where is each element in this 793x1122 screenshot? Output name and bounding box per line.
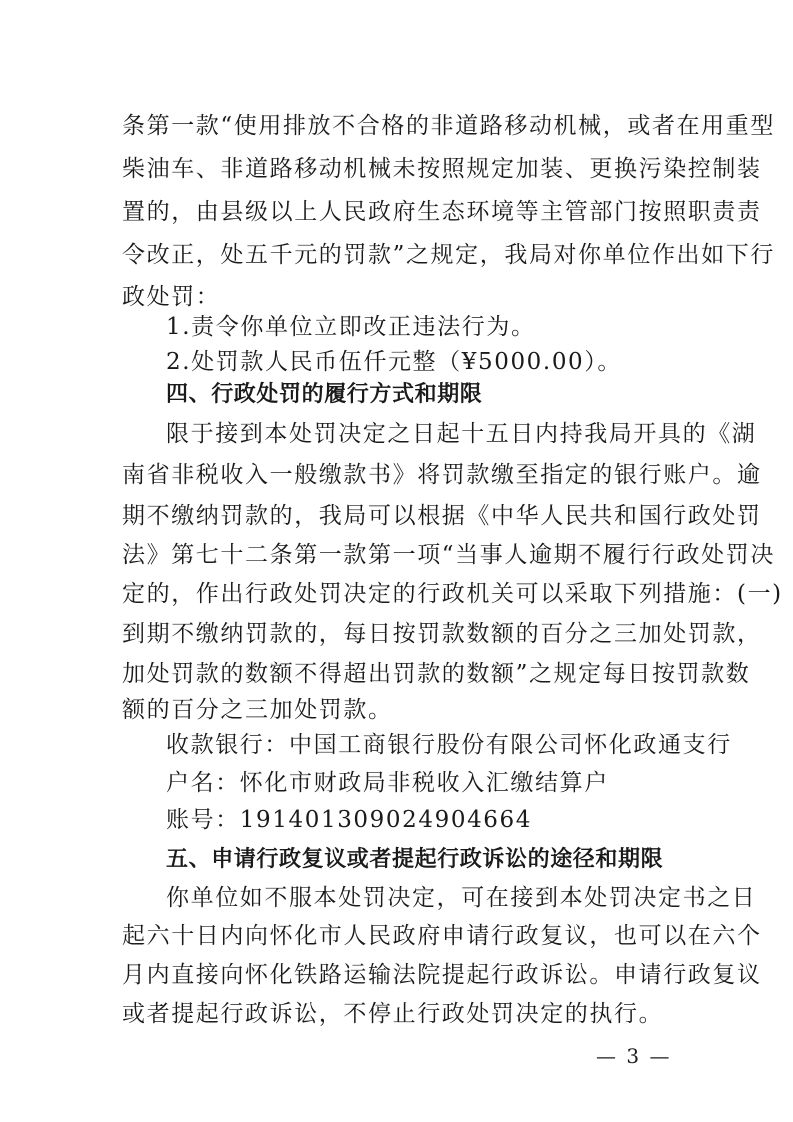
text-line: 你单位如不服本处罚决定，可在接到本处罚决定书之日 bbox=[166, 884, 698, 912]
text-line: 期不缴纳罚款的，我局可以根据《中华人民共和国行政处罚 bbox=[122, 502, 654, 530]
text-line: 额的百分之三加处罚款。 bbox=[122, 696, 654, 724]
text-line: 条第一款“使用排放不合格的非道路移动机械，或者在用重型 bbox=[122, 112, 654, 140]
text-line: 起六十日内向怀化市人民政府申请行政复议，也可以在六个 bbox=[122, 922, 654, 950]
page-number: — 3 — bbox=[596, 1044, 671, 1068]
text-line: 柴油车、非道路移动机械未按照规定加装、更换污染控制装 bbox=[122, 155, 654, 183]
text-line: 置的，由县级以上人民政府生态环境等主管部门按照职责责 bbox=[122, 198, 654, 226]
text-line: 加处罚款的数额不得超出罚款的数额”之规定每日按罚款数 bbox=[122, 660, 654, 688]
text-line: 户名：怀化市财政局非税收入汇缴结算户 bbox=[166, 769, 698, 797]
text-line: 或者提起行政诉讼，不停止行政处罚决定的执行。 bbox=[122, 1000, 654, 1028]
text-line: 账号：191401309024904664 bbox=[166, 806, 698, 834]
text-line: 收款银行：中国工商银行股份有限公司怀化政通支行 bbox=[166, 731, 698, 759]
document-page: 条第一款“使用排放不合格的非道路移动机械，或者在用重型柴油车、非道路移动机械未按… bbox=[0, 0, 793, 1122]
text-line: 政处罚： bbox=[122, 283, 654, 311]
section-heading: 五、申请行政复议或者提起行政诉讼的途径和期限 bbox=[166, 846, 698, 874]
text-line: 南省非税收入一般缴款书》将罚款缴至指定的银行账户。逾 bbox=[122, 461, 654, 489]
text-line: 到期不缴纳罚款的，每日按罚款数额的百分之三加处罚款， bbox=[122, 620, 654, 648]
text-line: 令改正，处五千元的罚款”之规定，我局对你单位作出如下行 bbox=[122, 241, 654, 269]
text-line: 2.处罚款人民币伍仟元整（¥5000.00）。 bbox=[166, 348, 698, 376]
text-line: 限于接到本处罚决定之日起十五日内持我局开具的《湖 bbox=[166, 420, 698, 448]
section-heading: 四、行政处罚的履行方式和期限 bbox=[166, 381, 698, 409]
text-line: 1.责令你单位立即改正违法行为。 bbox=[166, 313, 698, 341]
text-line: 月内直接向怀化铁路运输法院提起行政诉讼。申请行政复议 bbox=[122, 961, 654, 989]
text-line: 定的，作出行政处罚决定的行政机关可以采取下列措施：(一) bbox=[122, 580, 654, 608]
text-line: 法》第七十二条第一款第一项“当事人逾期不履行行政处罚决 bbox=[122, 541, 654, 569]
